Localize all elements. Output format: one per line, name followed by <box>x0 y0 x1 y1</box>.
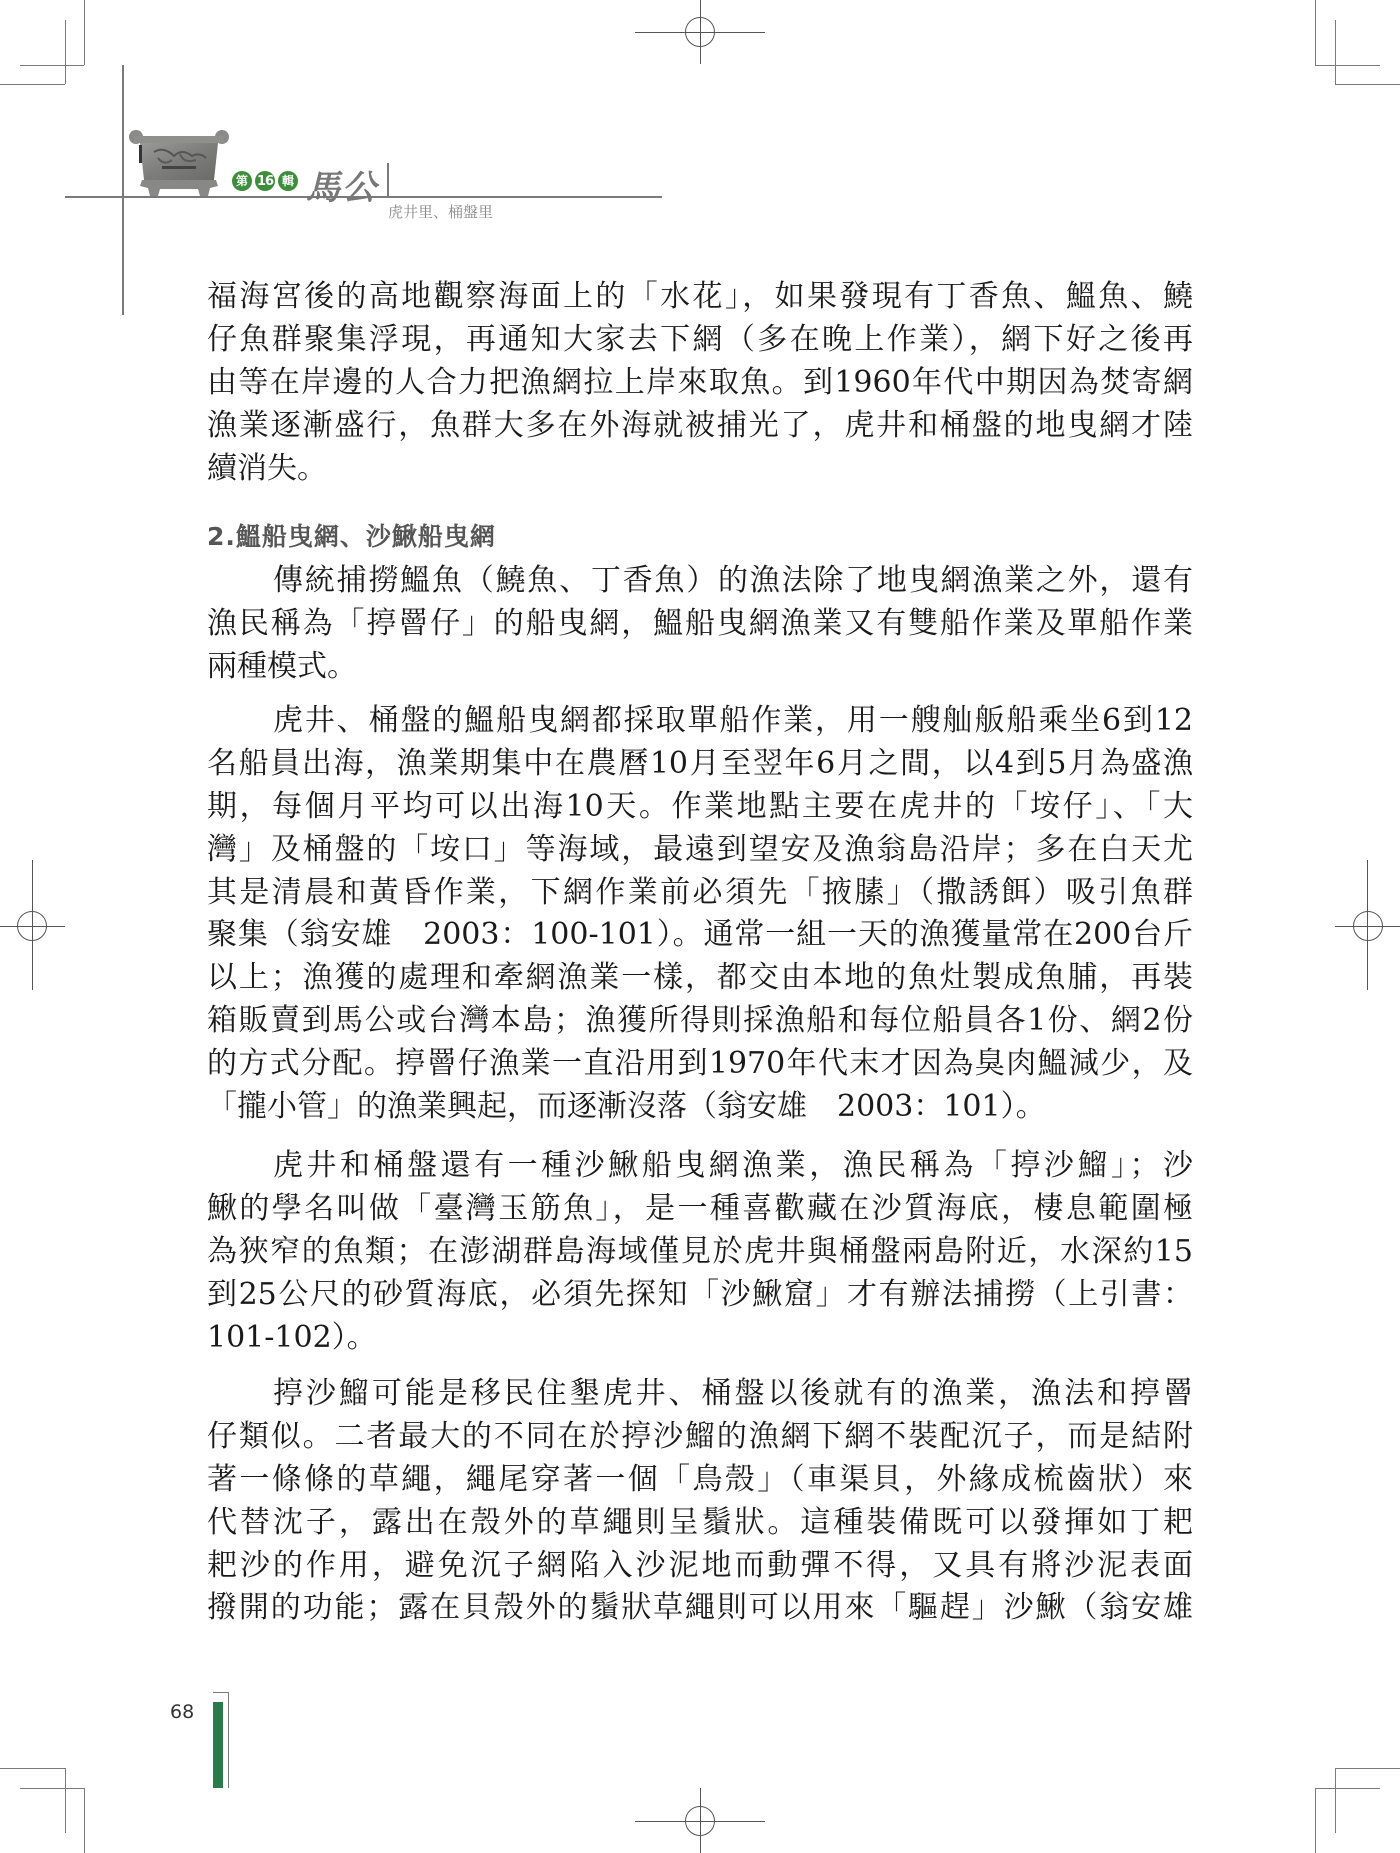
series-badge-ji: 輯 <box>278 171 298 191</box>
chapter-subtitle: 虎井里、桶盤里 <box>388 201 493 222</box>
crop-mark-line <box>84 0 85 65</box>
header-title-divider <box>387 163 389 196</box>
text-line: 漁民稱為「揨罾仔」的船曳網，鰮船曳網漁業又有雙船作業及單船作業 <box>207 603 1193 646</box>
crop-mark-line <box>1335 84 1400 85</box>
text-line: 漁業逐漸盛行，魚群大多在外海就被捕光了，虎井和桶盤的地曳網才陸 <box>207 405 1193 448</box>
text-line: 「攏小管」的漁業興起，而逐漸沒落（翁安雄 2003：101）。 <box>207 1086 1193 1129</box>
crop-mark-line <box>1315 65 1380 66</box>
page-number: 68 <box>170 1701 194 1723</box>
text-line: 灣」及桶盤的「垵口」等海域，最遠到望安及漁翁島沿岸；多在白天尤 <box>207 829 1193 872</box>
text-line: 其是清晨和黃昏作業，下網作業前必須先「掖膆」（撒誘餌）吸引魚群 <box>207 872 1193 915</box>
text-line: 代替沈子，露出在殼外的草繩則呈鬚狀。這種裝備既可以發揮如丁耙 <box>207 1502 1193 1545</box>
text-line: 鰍的學名叫做「臺灣玉筋魚」，是一種喜歡藏在沙質海底，棲息範圍極 <box>207 1188 1193 1231</box>
text-line: 以上；漁獲的處理和牽網漁業一樣，都交由本地的魚灶製成魚脯，再裝 <box>207 957 1193 1000</box>
text-line: 仔類似。二者最大的不同在於揨沙鰡的漁網下網不裝配沉子，而是結附 <box>207 1416 1193 1459</box>
text-line: 聚集（翁安雄 2003：100-101）。通常一組一天的漁獲量常在200台斤 <box>207 914 1193 957</box>
text-line: 101-102）。 <box>207 1317 1193 1360</box>
crop-mark-line <box>1315 1788 1380 1789</box>
text-line: 到25公尺的砂質海底，必須先探知「沙鰍窟」才有辦法捕撈（上引書： <box>207 1274 1193 1317</box>
text-line: 兩種模式。 <box>207 646 1193 689</box>
text-line: 的方式分配。揨罾仔漁業一直沿用到1970年代末才因為臭肉鰮減少，及 <box>207 1043 1193 1086</box>
series-badge-number: 16 <box>255 171 275 191</box>
text-line: 仔魚群聚集浮現，再通知大家去下網（多在晚上作業），網下好之後再 <box>207 319 1193 362</box>
text-line: 名船員出海，漁業期集中在農曆10月至翌年6月之間，以4到5月為盛漁 <box>207 743 1193 786</box>
footer-bracket-top <box>213 1692 229 1693</box>
crop-mark-line <box>84 1788 85 1853</box>
paragraph-3: 虎井、桶盤的鰮船曳網都採取單船作業，用一艘舢舨船乘坐6到12 名船員出海，漁業期… <box>207 700 1193 1129</box>
crop-mark-line <box>65 1768 66 1833</box>
series-badges: 第 16 輯 <box>232 171 298 191</box>
text-line: 撥開的功能；露在貝殼外的鬚狀草繩則可以用來「驅趕」沙鰍（翁安雄 <box>207 1587 1193 1630</box>
crop-mark-line <box>1335 20 1336 84</box>
paragraph-1: 福海宮後的高地觀察海面上的「水花」，如果發現有丁香魚、鰮魚、鱙 仔魚群聚集浮現，… <box>207 276 1193 490</box>
text-line: 揨沙鰡可能是移民住墾虎井、桶盤以後就有的漁業，漁法和揨罾 <box>207 1373 1193 1416</box>
paragraph-5: 揨沙鰡可能是移民住墾虎井、桶盤以後就有的漁業，漁法和揨罾 仔類似。二者最大的不同… <box>207 1373 1193 1630</box>
crop-mark-line <box>1335 1768 1336 1833</box>
text-line: 耙沙的作用，避免沉子網陷入沙泥地而動彈不得，又具有將沙泥表面 <box>207 1545 1193 1588</box>
stone-censer-icon <box>128 128 230 196</box>
footer-bracket-side <box>228 1692 229 1788</box>
crop-mark-line <box>1315 1788 1316 1853</box>
text-line: 箱販賣到馬公或台灣本島；漁獲所得則採漁船和每位船員各1份、網2份 <box>207 1000 1193 1043</box>
text-line: 期，每個月平均可以出海10天。作業地點主要在虎井的「垵仔」、「大 <box>207 786 1193 829</box>
text-line: 著一條條的草繩，繩尾穿著一個「鳥殼」（車渠貝，外緣成梳齒狀）來 <box>207 1459 1193 1502</box>
series-badge-di: 第 <box>232 171 252 191</box>
text-line: 為狹窄的魚類；在澎湖群島海域僅見於虎井與桶盤兩島附近，水深約15 <box>207 1231 1193 1274</box>
crop-mark-line <box>1335 1768 1400 1769</box>
crop-mark-line <box>20 1788 84 1789</box>
paragraph-2: 傳統捕撈鰮魚（鱙魚、丁香魚）的漁法除了地曳網漁業之外，還有 漁民稱為「揨罾仔」的… <box>207 560 1193 689</box>
crop-mark-line <box>0 84 65 85</box>
text-line: 虎井、桶盤的鰮船曳網都採取單船作業，用一艘舢舨船乘坐6到12 <box>207 700 1193 743</box>
calligraphy-title: 馬公 <box>306 160 378 209</box>
text-line: 由等在岸邊的人合力把漁網拉上岸來取魚。到1960年代中期因為焚寄網 <box>207 362 1193 405</box>
crop-mark-line <box>0 1768 65 1769</box>
crop-mark-line <box>1315 0 1316 65</box>
text-line: 福海宮後的高地觀察海面上的「水花」，如果發現有丁香魚、鰮魚、鱙 <box>207 276 1193 319</box>
section-heading: 2.鰮船曳網、沙鰍船曳網 <box>207 517 496 553</box>
text-line: 虎井和桶盤還有一種沙鰍船曳網漁業，漁民稱為「揨沙鰡」；沙 <box>207 1145 1193 1188</box>
footer-green-bar <box>213 1702 223 1788</box>
text-line: 傳統捕撈鰮魚（鱙魚、丁香魚）的漁法除了地曳網漁業之外，還有 <box>207 560 1193 603</box>
paragraph-4: 虎井和桶盤還有一種沙鰍船曳網漁業，漁民稱為「揨沙鰡」；沙 鰍的學名叫做「臺灣玉筋… <box>207 1145 1193 1359</box>
crop-mark-line <box>65 20 66 84</box>
crop-mark-line <box>20 65 84 66</box>
header-vertical-rule <box>122 65 124 315</box>
text-line: 續消失。 <box>207 448 1193 491</box>
